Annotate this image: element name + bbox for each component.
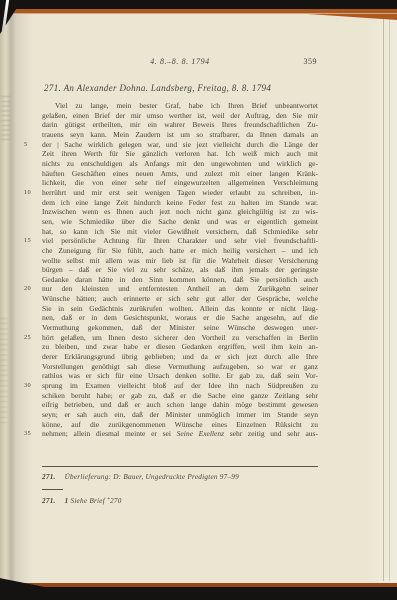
body-line: bürgen – daß er Sie viel zu sehr schäze,…	[42, 265, 318, 275]
body-line: Gedanke daran hätte in den Sinn kommen k…	[42, 275, 318, 285]
fore-edge-line	[389, 16, 390, 581]
text-segment: gelaßen, einen Brief der mir umso werthe…	[42, 111, 318, 120]
body-line: rathlos was er sich für eine Ursach denk…	[42, 371, 318, 381]
text-segment: Überlieferung: D: Bauer, Ungedruckte Pre…	[65, 473, 239, 481]
text-segment: Sie in sein Gedächtnis zurükrufen wollte…	[42, 304, 318, 313]
text-segment: che Zuneigung für Sie fühlt, auch hatte …	[42, 246, 318, 255]
body-line: Vermuthung gekommen, daß der Minister se…	[42, 323, 318, 333]
body-line: che Zuneigung für Sie fühlt, auch hatte …	[42, 246, 318, 256]
body-line: Wünsche hätten; auch erinnerte er sich s…	[42, 294, 318, 304]
body-line: könne, auf die zurükgenommenen Wünsche e…	[42, 420, 318, 430]
footnote-label: 271.	[42, 497, 56, 505]
body-line: 35nehmen; allein diesmal meinte er sei S…	[42, 429, 318, 439]
line-number: 5	[24, 140, 37, 150]
text-segment: herrührt und mir erst seit wenigen Tagen…	[42, 188, 318, 197]
footnote-annotation: 271.1 Siehe Brief *270	[42, 496, 318, 506]
text-segment: 270	[110, 497, 122, 505]
body-line: dem ich eine lange Zeit hindurch keine F…	[42, 198, 318, 208]
text-segment: der | Sache wirklich gelegen war, und si…	[42, 140, 318, 149]
body-line: lichkeit, die von einer sehr tief eingew…	[42, 178, 318, 188]
text-segment: Seine Exellenz	[177, 429, 224, 438]
show-through-text	[0, 318, 8, 424]
show-through-text	[1, 96, 10, 144]
body-line: Zeit ihren Werth für Sie gänzlich verlor…	[42, 149, 318, 159]
book-photo: 4. 8.–8. 8. 1794 359 271. An Alexander D…	[0, 0, 397, 600]
text-segment: lichkeit, die von einer sehr tief eingew…	[42, 178, 318, 187]
body-line: derer Erklärungsgrund übrig geblieben; u…	[42, 352, 318, 362]
body-line: Sie in sein Gedächtnis zurükrufen wollte…	[42, 304, 318, 314]
text-segment: häuften Geschäften eines neuen Amts, und…	[42, 169, 318, 178]
text-segment: hört gelaßen, um Ihnen desto sicherer de…	[42, 333, 318, 342]
body-line: Vorstellungen genöthigt sah diese Vermut…	[42, 362, 318, 372]
body-line: seyn; er sah auch ein, daß der Minister …	[42, 410, 318, 420]
apparatus-rule-short	[42, 489, 63, 490]
body-line: nen, daß er in dem Gesichtspunkt, woraus…	[42, 313, 318, 323]
text-segment: hat, so kann ich Sie mit vieler Gewißhei…	[42, 227, 318, 236]
text-segment: Viel zu lange, mein bester Graf, habe ic…	[55, 101, 318, 110]
text-segment: eifrig betrieben, und daß er auch schon …	[42, 400, 318, 409]
text-segment: dem ich eine lange Zeit hindurch keine F…	[42, 198, 318, 207]
body-text: Viel zu lange, mein bester Graf, habe ic…	[42, 101, 318, 439]
body-line: zu bleiben, und zwar habe er diesen Geda…	[42, 342, 318, 352]
text-segment: nehmen; allein diesmal meinte er sei	[42, 429, 177, 438]
body-line: gelaßen, einen Brief der mir umso werthe…	[42, 111, 318, 121]
text-segment: rathlos was er sich für eine Ursach denk…	[42, 371, 318, 380]
text-segment: Vorstellungen genöthigt sah diese Vermut…	[42, 362, 318, 371]
page-number: 359	[304, 56, 318, 67]
text-segment: sprung im Examen vielleicht bloß auf der…	[42, 381, 318, 390]
text-segment: derer Erklärungsgrund übrig geblieben; u…	[42, 352, 318, 361]
line-number: 10	[24, 188, 37, 198]
body-line: häuften Geschäften eines neuen Amts, und…	[42, 169, 318, 179]
text-segment: nen, daß er in dem Gesichtspunkt, woraus…	[42, 313, 318, 322]
line-number: 20	[24, 284, 37, 294]
text-column: 4. 8.–8. 8. 1794 359 271. An Alexander D…	[42, 0, 318, 600]
text-segment: viel persönliche Achtung für Ihren Chara…	[42, 236, 318, 245]
text-segment: Zeit ihren Werth für Sie gänzlich verlor…	[42, 149, 318, 158]
line-number: 15	[24, 236, 37, 246]
fore-edge-line	[383, 16, 384, 581]
body-line: 15viel persönliche Achtung für Ihren Cha…	[42, 236, 318, 246]
body-line: 25hört gelaßen, um Ihnen desto sicherer …	[42, 333, 318, 343]
running-head: 4. 8.–8. 8. 1794 359	[42, 56, 318, 67]
body-line: hat, so kann ich Sie mit vieler Gewißhei…	[42, 227, 318, 237]
running-head-date: 4. 8.–8. 8. 1794	[42, 56, 318, 67]
text-segment: darin gütigst ertheilten, mir ein wahrer…	[42, 120, 318, 129]
body-line: Viel zu lange, mein bester Graf, habe ic…	[42, 101, 318, 111]
body-line: 30sprung im Examen vielleicht bloß auf d…	[42, 381, 318, 391]
text-segment: Vermuthung gekommen, daß der Minister se…	[42, 323, 318, 332]
text-segment: nur den kleinsten und entferntesten Anth…	[42, 284, 318, 293]
text-segment: trauens seyn kann. Mein Zaudern ist um s…	[42, 130, 318, 139]
text-segment: zu bleiben, und zwar habe er diesen Geda…	[42, 342, 318, 351]
line-number: 35	[24, 429, 37, 439]
footnote-label: 271.	[42, 473, 56, 481]
body-line: sen, wie Schmiedike über die Sache denkt…	[42, 217, 318, 227]
text-segment: könne, auf die zurükgenommenen Wünsche e…	[42, 420, 318, 429]
text-segment: sehr zeitig und sehr aus-	[224, 429, 318, 438]
body-line: 20nur den kleinsten und entferntesten An…	[42, 284, 318, 294]
body-line: darin gütigst ertheilten, mir ein wahrer…	[42, 120, 318, 130]
text-segment: Inzwischen wenn es Ihnen auch jezt noch …	[42, 207, 318, 216]
text-segment: nichts zu entschuldigen als Anfangs mit …	[42, 159, 318, 168]
body-line: wollte selbst mit allem was mir lieb ist…	[42, 256, 318, 266]
body-line: eifrig betrieben, und daß er auch schon …	[42, 400, 318, 410]
text-segment: bürgen – daß er Sie viel zu sehr schäze,…	[42, 265, 318, 274]
line-number: 30	[24, 381, 37, 391]
text-segment: wollte selbst mit allem was mir lieb ist…	[42, 256, 318, 265]
text-segment: Siehe Brief	[70, 497, 107, 505]
line-number: 25	[24, 333, 37, 343]
body-line: schiken beruht habe; er gab zu, daß er d…	[42, 391, 318, 401]
footnote-transmission: 271.Überlieferung: D: Bauer, Ungedruckte…	[42, 473, 318, 482]
apparatus-rule	[42, 466, 318, 467]
text-segment: sen, wie Schmiedike über die Sache denkt…	[42, 217, 318, 226]
text-segment: Gedanke daran hätte in den Sinn kommen k…	[42, 275, 318, 284]
text-segment: Wünsche hätten; auch erinnerte er sich s…	[42, 294, 318, 303]
body-line: trauens seyn kann. Mein Zaudern ist um s…	[42, 130, 318, 140]
body-line: nichts zu entschuldigen als Anfangs mit …	[42, 159, 318, 169]
letter-title: 271. An Alexander Dohna. Landsberg, Frei…	[44, 83, 318, 93]
body-line: 10herrührt und mir erst seit wenigen Tag…	[42, 188, 318, 198]
body-line: Inzwischen wenn es Ihnen auch jezt noch …	[42, 207, 318, 217]
text-segment: schiken beruht habe; er gab zu, daß er d…	[42, 391, 318, 400]
text-segment: seyn; er sah auch ein, daß der Minister …	[42, 410, 318, 419]
body-line: 5der | Sache wirklich gelegen war, und s…	[42, 140, 318, 150]
